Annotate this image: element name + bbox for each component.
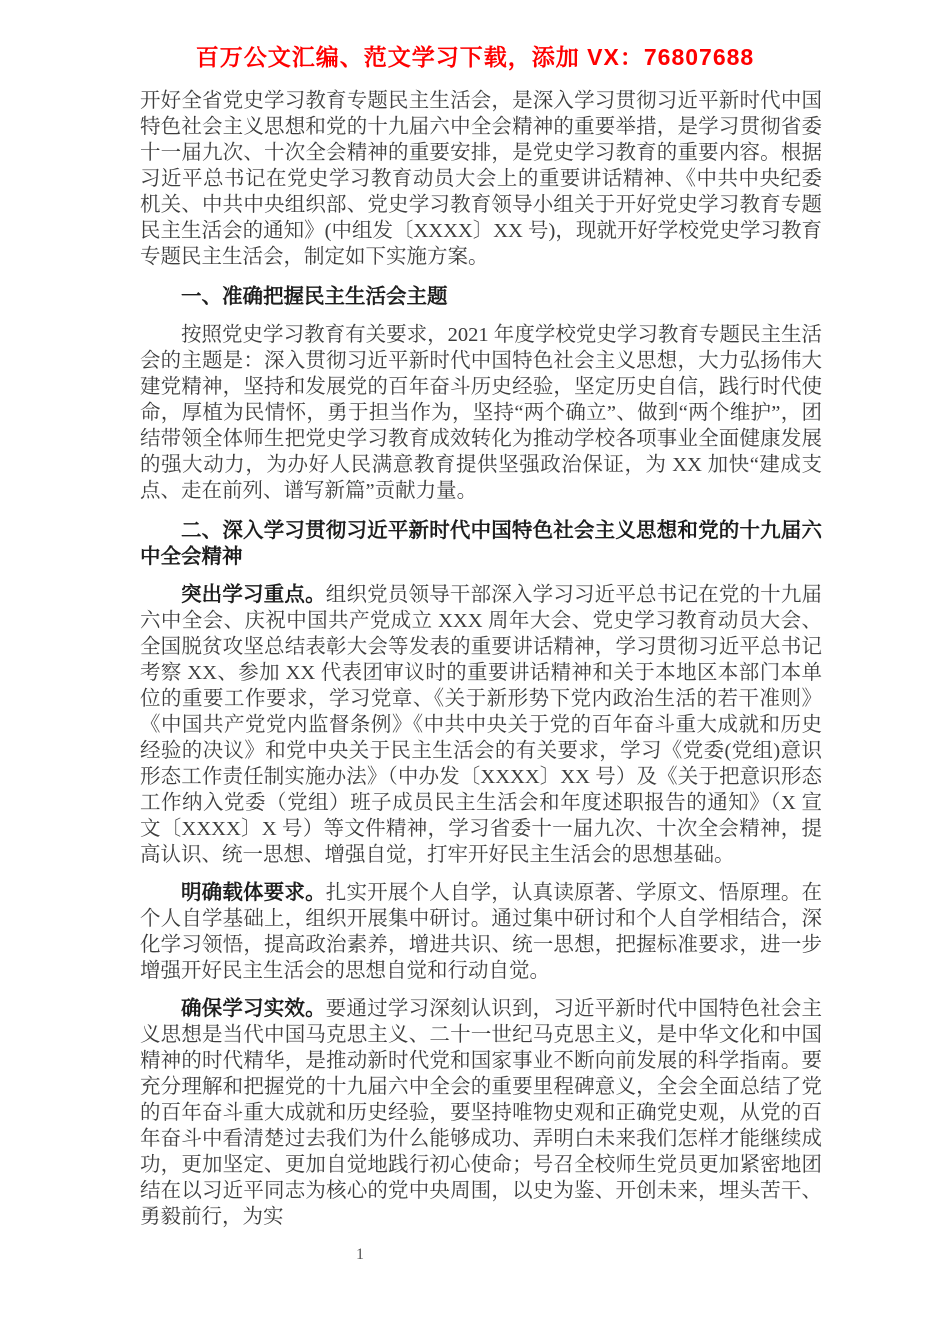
- paragraph-lead: 确保学习实效。: [181, 997, 326, 1020]
- body-paragraph: 明确载体要求。扎实开展个人自学，认真读原著、学原文、悟原理。在个人自学基础上，组…: [140, 880, 822, 984]
- body-paragraph: 开好全省党史学习教育专题民主生活会，是深入学习贯彻习近平新时代中国特色社会主义思…: [140, 88, 822, 270]
- section-heading: 一、准确把握民主生活会主题: [140, 284, 822, 310]
- section-heading: 二、深入学习贯彻习近平新时代中国特色社会主义思想和党的十九届六中全会精神: [140, 518, 822, 570]
- paragraph-lead: 明确载体要求。: [181, 881, 326, 904]
- paragraph-lead: 突出学习重点。: [181, 583, 326, 606]
- promo-header-text: 百万公文汇编、范文学习下载，添加 VX：76807688: [0, 0, 950, 70]
- document-page: 百万公文汇编、范文学习下载，添加 VX：76807688 开好全省党史学习教育专…: [0, 0, 950, 1344]
- body-paragraph: 确保学习实效。要通过学习深刻认识到，习近平新时代中国特色社会主义思想是当代中国马…: [140, 996, 822, 1230]
- document-body: 开好全省党史学习教育专题民主生活会，是深入学习贯彻习近平新时代中国特色社会主义思…: [140, 88, 822, 1230]
- body-paragraph: 突出学习重点。组织党员领导干部深入学习习近平总书记在党的十九届六中全会、庆祝中国…: [140, 582, 822, 868]
- body-paragraph: 按照党史学习教育有关要求，2021 年度学校党史学习教育专题民主生活会的主题是：…: [140, 322, 822, 504]
- page-number: 1: [356, 1245, 364, 1265]
